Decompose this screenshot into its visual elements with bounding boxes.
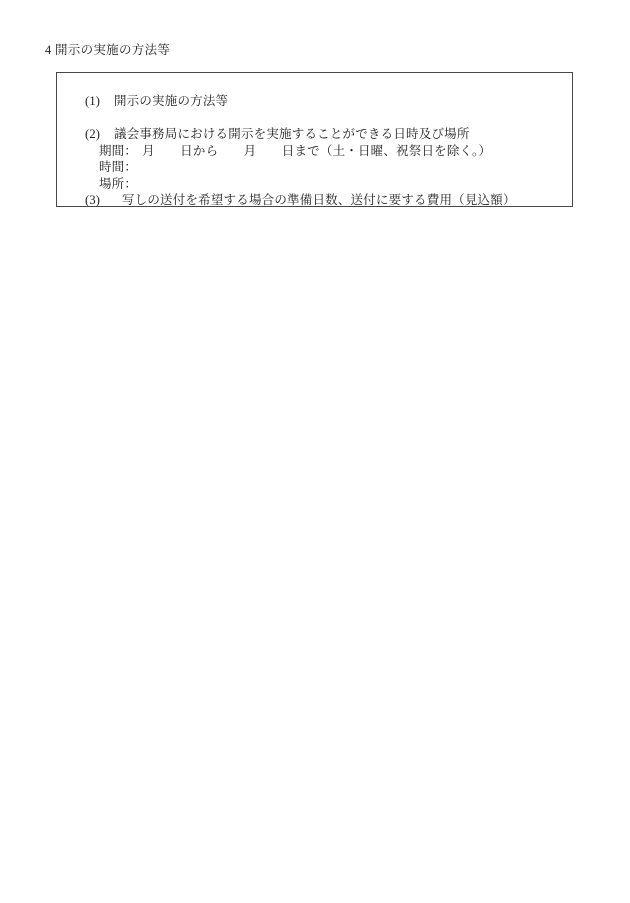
time-field-label: 時間： bbox=[99, 160, 137, 174]
item-1-marker: (1) bbox=[85, 93, 114, 110]
item-3-marker: (3) bbox=[85, 192, 122, 209]
item-2-row: (2)議会事務局における開示を実施することができる日時及び場所 bbox=[65, 110, 566, 127]
item-2-marker: (2) bbox=[85, 126, 114, 143]
place-field-label: 場所： bbox=[99, 177, 137, 191]
period-field-value: 月 日から 月 日まで（土・日曜、祝祭日を除く。） bbox=[142, 144, 491, 158]
document-page: 4 開示の実施の方法等 (1)開示の実施の方法等 (2)議会事務局における開示を… bbox=[0, 0, 630, 903]
item-2-text: 議会事務局における開示を実施することができる日時及び場所 bbox=[114, 127, 470, 141]
item-3-text: 写しの送付を希望する場合の準備日数、送付に要する費用（見込額） bbox=[122, 193, 516, 207]
item-1-row: (1)開示の実施の方法等 bbox=[65, 77, 566, 94]
field-row-place: 場所： bbox=[79, 159, 566, 176]
section-heading: 4 開示の実施の方法等 bbox=[45, 42, 170, 58]
item-1-text: 開示の実施の方法等 bbox=[114, 94, 228, 108]
disclosure-form-box: (1)開示の実施の方法等 (2)議会事務局における開示を実施することができる日時… bbox=[56, 72, 573, 207]
period-field-label: 期間： bbox=[99, 144, 137, 158]
